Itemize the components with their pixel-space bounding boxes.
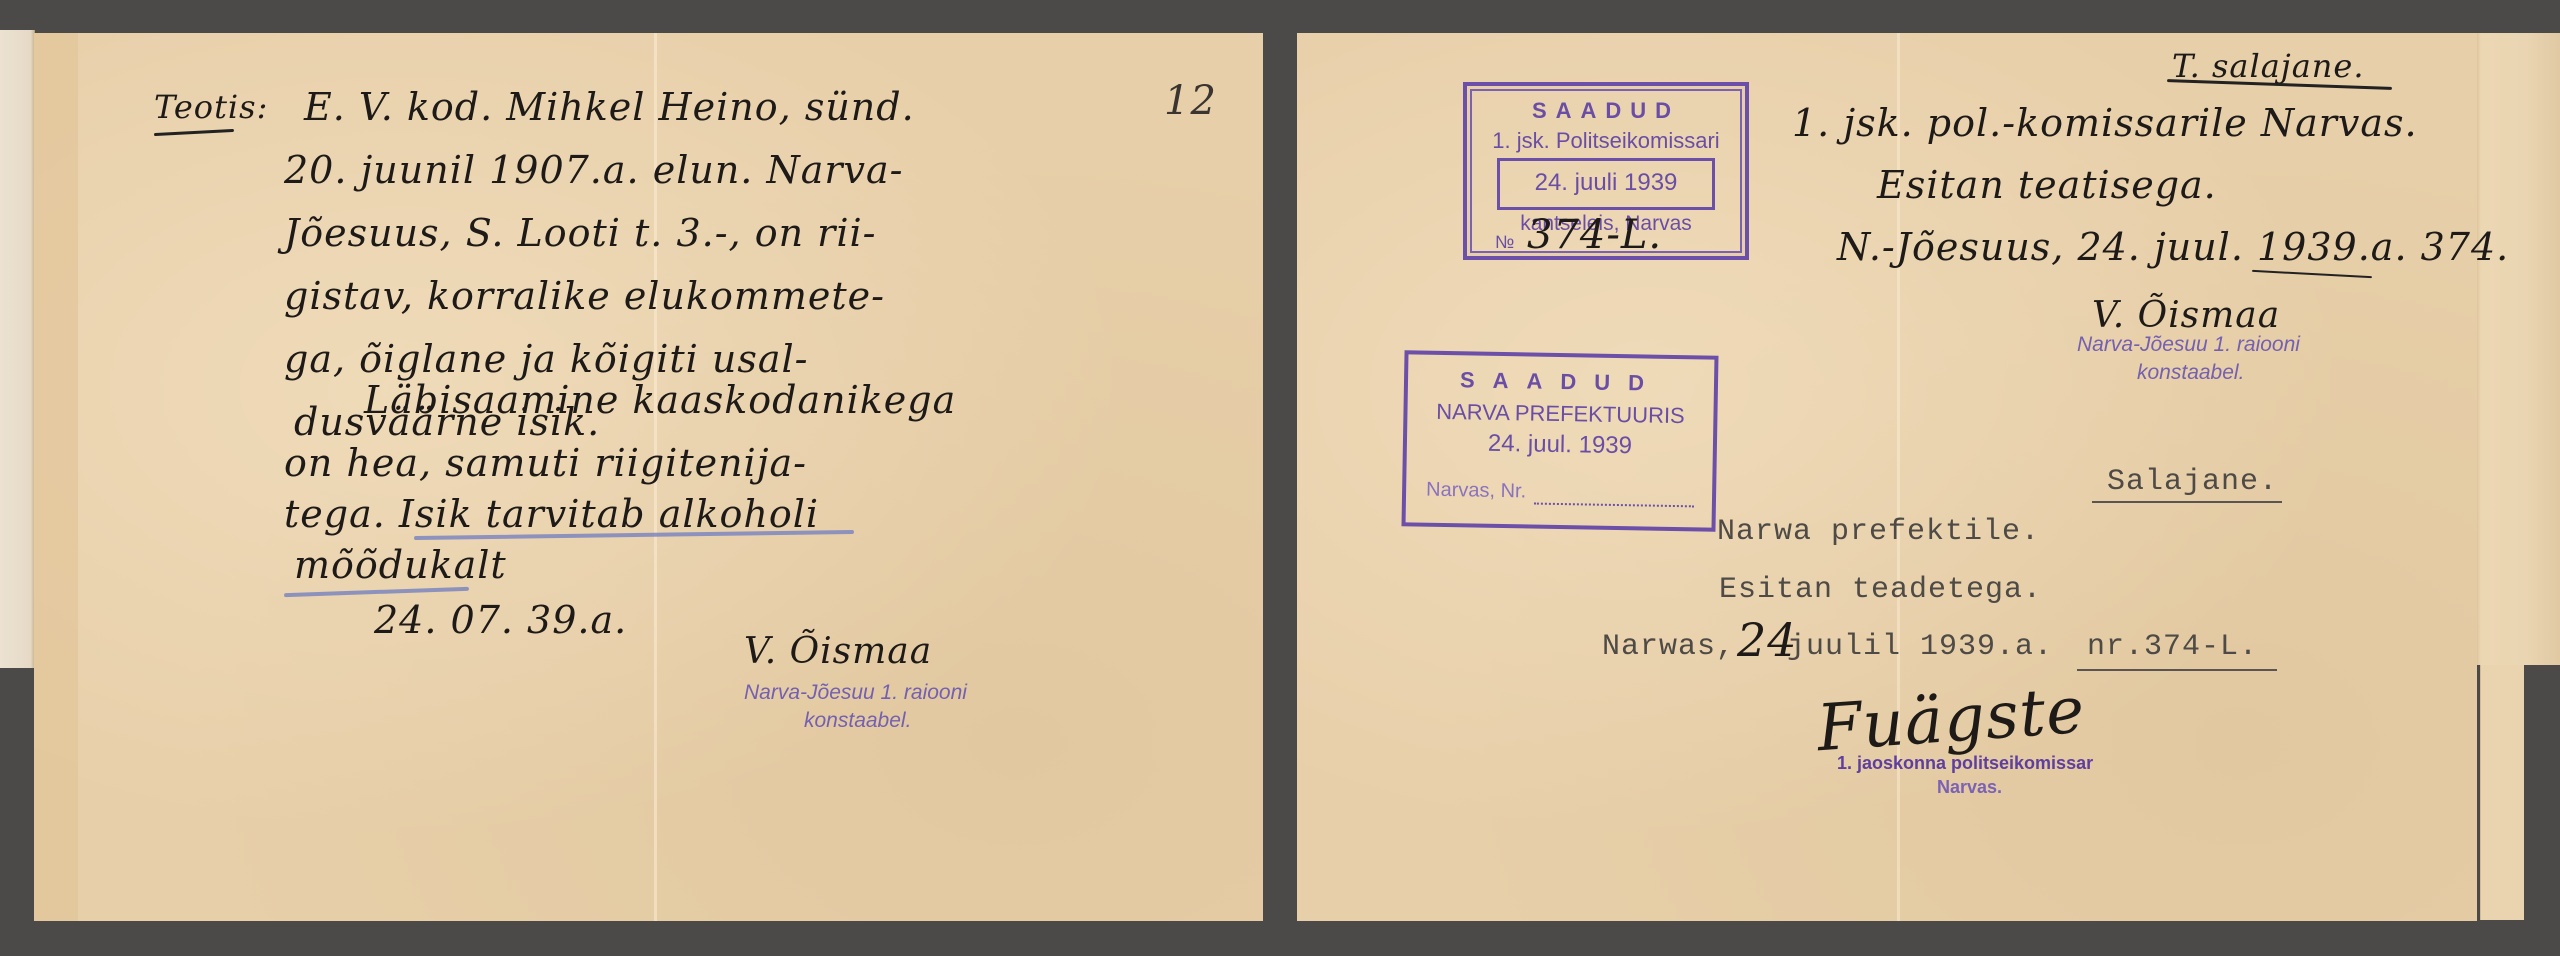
right-page: T. salajane. SAADUD 1. jsk. Politseikomi…	[1297, 33, 2477, 921]
forward-line-2: Esitan teatisega.	[1877, 163, 2217, 207]
paragraph2-line-2: on hea, samuti riigitenija-	[284, 441, 807, 485]
commissar-stamp-line1: 1. jaoskonna politseikomissar	[1837, 753, 2093, 774]
constable-stamp-line1: Narva-Jõesuu 1. raiooni	[744, 681, 967, 705]
stamp-number-handwritten: 374-L.	[1527, 212, 1662, 258]
left-page: Teotis: 12 E. V. kod. Mihkel Heino, sünd…	[34, 33, 1263, 921]
number-underline	[2077, 669, 2277, 671]
body-line-4: gistav, korralike elukommete-	[284, 274, 885, 318]
forward-line-1: 1. jsk. pol.-komissarile Narvas.	[1792, 101, 2418, 145]
received-stamp-prefecture: SAADUD NARVA PREFEKTUURIS 24. juul. 1939…	[1401, 350, 1718, 531]
paragraph2-line-1: Läbisaamine kaaskodanikega	[364, 378, 956, 422]
typed-body: Esitan teadetega.	[1719, 573, 2042, 607]
constable-stamp-line2: konstaabel.	[804, 709, 911, 733]
right-backing-strip-top	[2474, 33, 2560, 665]
stamp-number-prefix: №	[1495, 232, 1514, 253]
stamp-title: SAADUD	[1467, 98, 1745, 124]
stamp-date-box: 24. juuli 1939	[1497, 158, 1715, 210]
margin-label-underline	[154, 129, 234, 136]
stamp-title: SAADUD	[1408, 366, 1714, 397]
forward-line-3: N.-Jõesuus, 24. juul. 1939.a. 374.	[1837, 225, 2509, 269]
typed-addressee: Narwa prefektile.	[1717, 515, 2040, 549]
paragraph2-line-4: mõõdukalt	[294, 543, 507, 587]
typed-place: Narwas,	[1602, 630, 1735, 664]
right-backing-strip-bottom	[2480, 665, 2524, 920]
stamp-number-blank	[1534, 503, 1694, 508]
left-backing-strip	[0, 30, 34, 668]
stamp-date: 24. juul. 1939	[1407, 428, 1713, 461]
classification-underline	[2092, 501, 2282, 503]
page-edge-shade	[34, 33, 78, 921]
body-line-2: 20. juunil 1907.a. elun. Narva-	[284, 148, 903, 192]
margin-label: Teotis:	[154, 88, 268, 126]
typed-number: nr.374-L.	[2087, 630, 2258, 664]
signature-top: V. Õismaa	[2092, 295, 2280, 336]
constable-stamp-line1: Narva-Jõesuu 1. raiooni	[2077, 333, 2300, 357]
stamp-place-line: Narvas, Nr.	[1426, 479, 1526, 504]
page-number: 12	[1164, 78, 1217, 124]
typed-classification: Salajane.	[2107, 465, 2278, 499]
body-line-5: ga, õiglane ja kõigiti usal-	[284, 337, 809, 381]
stamp-office: 1. jsk. Politseikomissari	[1467, 128, 1745, 154]
constable-stamp-line2: konstaabel.	[2137, 361, 2244, 385]
forward-underline	[2252, 270, 2372, 278]
stamp-date: 24. juuli 1939	[1500, 169, 1712, 197]
pencil-underline-2	[284, 587, 469, 597]
body-line-1: E. V. kod. Mihkel Heino, sünd.	[304, 85, 915, 129]
date: 24. 07. 39.a.	[374, 598, 627, 642]
body-line-3: Jõesuus, S. Looti t. 3.-, on rii-	[284, 211, 876, 255]
paragraph2-line-3: tega. Isik tarvitab alkoholi	[284, 492, 819, 536]
commissar-stamp-line2: Narvas.	[1937, 777, 2002, 798]
received-stamp-commissar: SAADUD 1. jsk. Politseikomissari 24. juu…	[1463, 82, 1749, 260]
typed-date: juulil 1939.a.	[1787, 630, 2053, 664]
signature: V. Õismaa	[744, 631, 932, 672]
stamp-office: NARVA PREFEKTUURIS	[1407, 398, 1713, 429]
